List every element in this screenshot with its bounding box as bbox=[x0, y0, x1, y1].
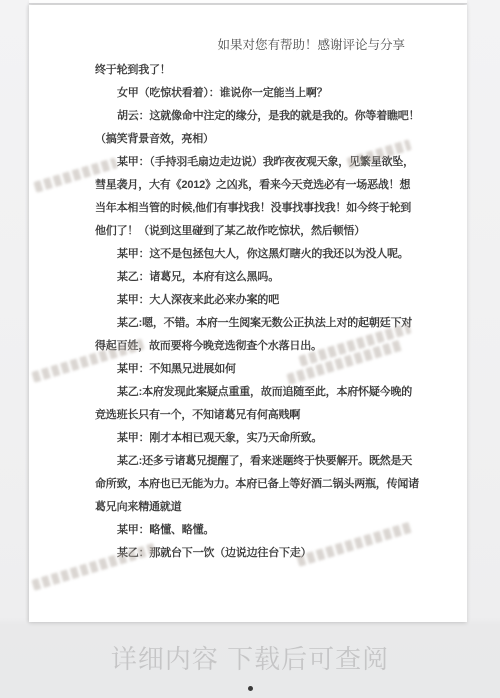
document-line: 终于轮到我了！ bbox=[95, 59, 453, 82]
document-line: 得起百姓，故而要将今晚竞选彻查个水落日出。 bbox=[95, 335, 453, 358]
document-line: 某甲：刚才本相已观天象，实乃天命所致。 bbox=[95, 427, 453, 450]
document-line: 某甲：不知黑兄进展如何 bbox=[95, 358, 453, 381]
document-line: 葛兄向来精通就道 bbox=[95, 496, 453, 519]
download-hint-text: 详细内容 下载后可查阅 bbox=[0, 644, 500, 674]
document-line: 女甲（吃惊状看着）：谁说你一定能当上啊？ bbox=[95, 82, 453, 105]
document-line: 某乙：那就台下一饮（边说边往台下走） bbox=[95, 542, 453, 565]
document-line: 彗星袭月，大有《2012》之凶兆，看来今天竞选必有一场恶战！想 bbox=[95, 174, 453, 197]
document-line: 竞选班长只有一个，不知诸葛兄有何高贱啊 bbox=[95, 404, 453, 427]
document-line: 他们了！（说到这里碰到了某乙故作吃惊状，然后顿悟） bbox=[95, 220, 453, 243]
document-line: 某乙:还多亏诸葛兄提醒了，看来迷题终于快要解开。既然是天 bbox=[95, 450, 453, 473]
document-body: 终于轮到我了！女甲（吃惊状看着）：谁说你一定能当上啊？胡云：这就像命中注定的缘分… bbox=[95, 59, 453, 565]
page-indicator-dot bbox=[248, 686, 253, 691]
document-line: 某甲：这不是包拯包大人，你这黑灯瞎火的我还以为没人呢。 bbox=[95, 243, 453, 266]
document-line: 某乙:嗯，不错。本府一生阅案无数公正执法上对的起朝廷下对 bbox=[95, 312, 453, 335]
preview-footer: 详细内容 下载后可查阅 bbox=[0, 622, 500, 698]
document-line: 某乙:本府发现此案疑点重重，故而追随至此，本府怀疑今晚的 bbox=[95, 381, 453, 404]
document-page: 如果对您有帮助！感谢评论与分享 终于轮到我了！女甲（吃惊状看着）：谁说你一定能当… bbox=[29, 5, 467, 622]
document-line: 当年本相当管的时候,他们有事找我！没事找事找我！如今终于轮到 bbox=[95, 197, 453, 220]
document-line: 某甲：略懂、略懂。 bbox=[95, 519, 453, 542]
document-line: 命所致，本府也已无能为力。本府已备上等好酒二锅头两瓶，传闻诸 bbox=[95, 473, 453, 496]
document-line: 胡云：这就像命中注定的缘分，是我的就是我的。你等着瞧吧！ bbox=[95, 105, 453, 128]
page-header-note: 如果对您有帮助！感谢评论与分享 bbox=[29, 38, 405, 52]
document-line: 某甲：（手持羽毛扇边走边说）我昨夜夜观天象，见繁星欲坠， bbox=[95, 151, 453, 174]
previous-page-edge bbox=[29, 0, 467, 4]
document-line: 某乙：诸葛兄，本府有这么黑吗。 bbox=[95, 266, 453, 289]
document-line: （搞笑背景音效，亮相） bbox=[95, 128, 453, 151]
document-line: 某甲：大人深夜来此必来办案的吧 bbox=[95, 289, 453, 312]
document-preview: 如果对您有帮助！感谢评论与分享 终于轮到我了！女甲（吃惊状看着）：谁说你一定能当… bbox=[0, 0, 500, 698]
